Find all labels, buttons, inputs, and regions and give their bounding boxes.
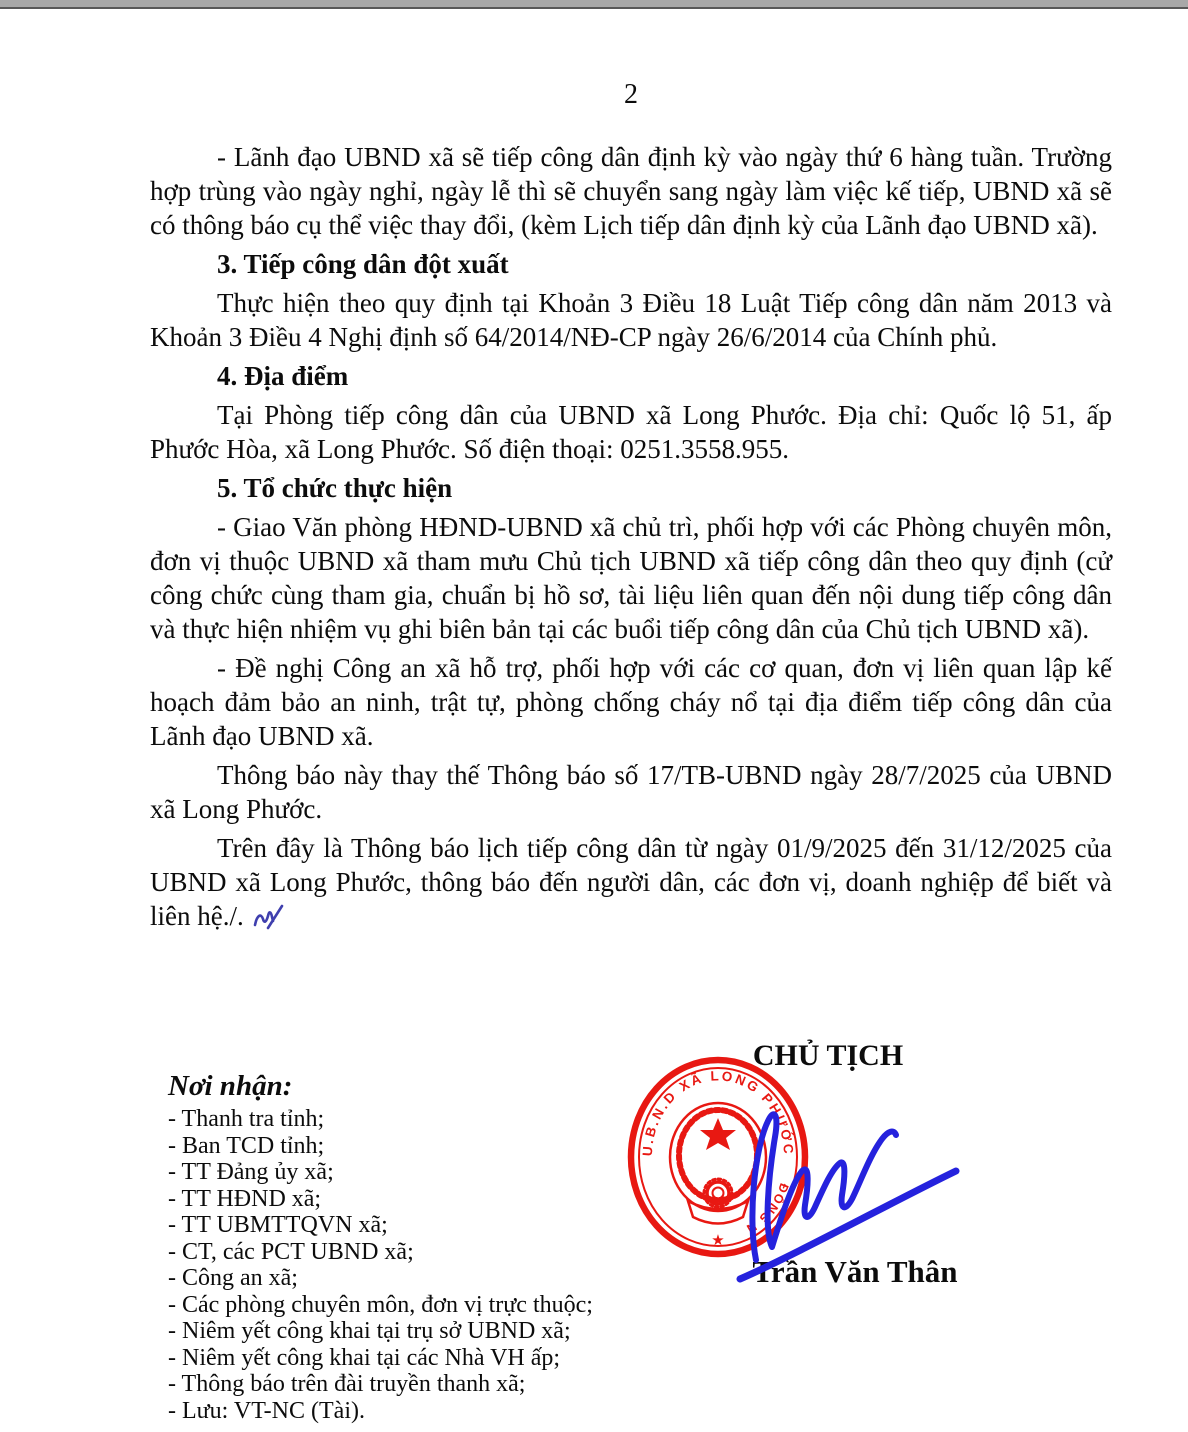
recipient-item: - Thanh tra tỉnh; [168, 1106, 688, 1133]
recipients-block: Nơi nhận: - Thanh tra tỉnh; - Ban TCD tỉ… [168, 1068, 688, 1424]
section-heading-5: 5. Tổ chức thực hiện [150, 471, 1112, 505]
recipient-item: - Công an xã; [168, 1265, 688, 1292]
section-heading-4: 4. Địa điểm [150, 359, 1112, 393]
recipient-item: - Các phòng chuyên môn, đơn vị trực thuộ… [168, 1292, 688, 1319]
document-body: 2 - Lãnh đạo UBND xã sẽ tiếp công dân đị… [150, 78, 1112, 933]
recipient-item: - TT Đảng ủy xã; [168, 1159, 688, 1186]
body-paragraph-1: - Lãnh đạo UBND xã sẽ tiếp công dân định… [150, 140, 1112, 242]
recipient-item: - Ban TCD tỉnh; [168, 1133, 688, 1160]
body-paragraph-6: Thông báo này thay thế Thông báo số 17/T… [150, 758, 1112, 826]
body-paragraph-3: Tại Phòng tiếp công dân của UBND xã Long… [150, 398, 1112, 466]
recipient-item: - Niêm yết công khai tại các Nhà VH ấp; [168, 1345, 688, 1372]
document-page: 2 - Lãnh đạo UBND xã sẽ tiếp công dân đị… [0, 0, 1188, 1432]
recipient-item: - TT HĐND xã; [168, 1186, 688, 1213]
body-paragraph-2: Thực hiện theo quy định tại Khoản 3 Điều… [150, 286, 1112, 354]
recipient-item: - TT UBMTTQVN xã; [168, 1212, 688, 1239]
window-top-edge [0, 0, 1188, 9]
signature-graphic-icon [710, 1095, 980, 1290]
section-heading-3: 3. Tiếp công dân đột xuất [150, 247, 1112, 281]
body-paragraph-7: Trên đây là Thông báo lịch tiếp công dân… [150, 831, 1112, 933]
handwritten-signature [710, 1095, 980, 1290]
recipient-item: - Thông báo trên đài truyền thanh xã; [168, 1371, 688, 1398]
page-number: 2 [150, 78, 1112, 112]
recipient-item: - CT, các PCT UBND xã; [168, 1239, 688, 1266]
handwritten-paraph-icon [252, 903, 284, 931]
body-paragraph-4: - Giao Văn phòng HĐND-UBND xã chủ trì, p… [150, 510, 1112, 646]
body-paragraph-5: - Đề nghị Công an xã hỗ trợ, phối hợp vớ… [150, 651, 1112, 753]
recipient-item: - Lưu: VT-NC (Tài). [168, 1398, 688, 1425]
recipients-label: Nơi nhận: [168, 1068, 688, 1104]
recipient-item: - Niêm yết công khai tại trụ sở UBND xã; [168, 1318, 688, 1345]
